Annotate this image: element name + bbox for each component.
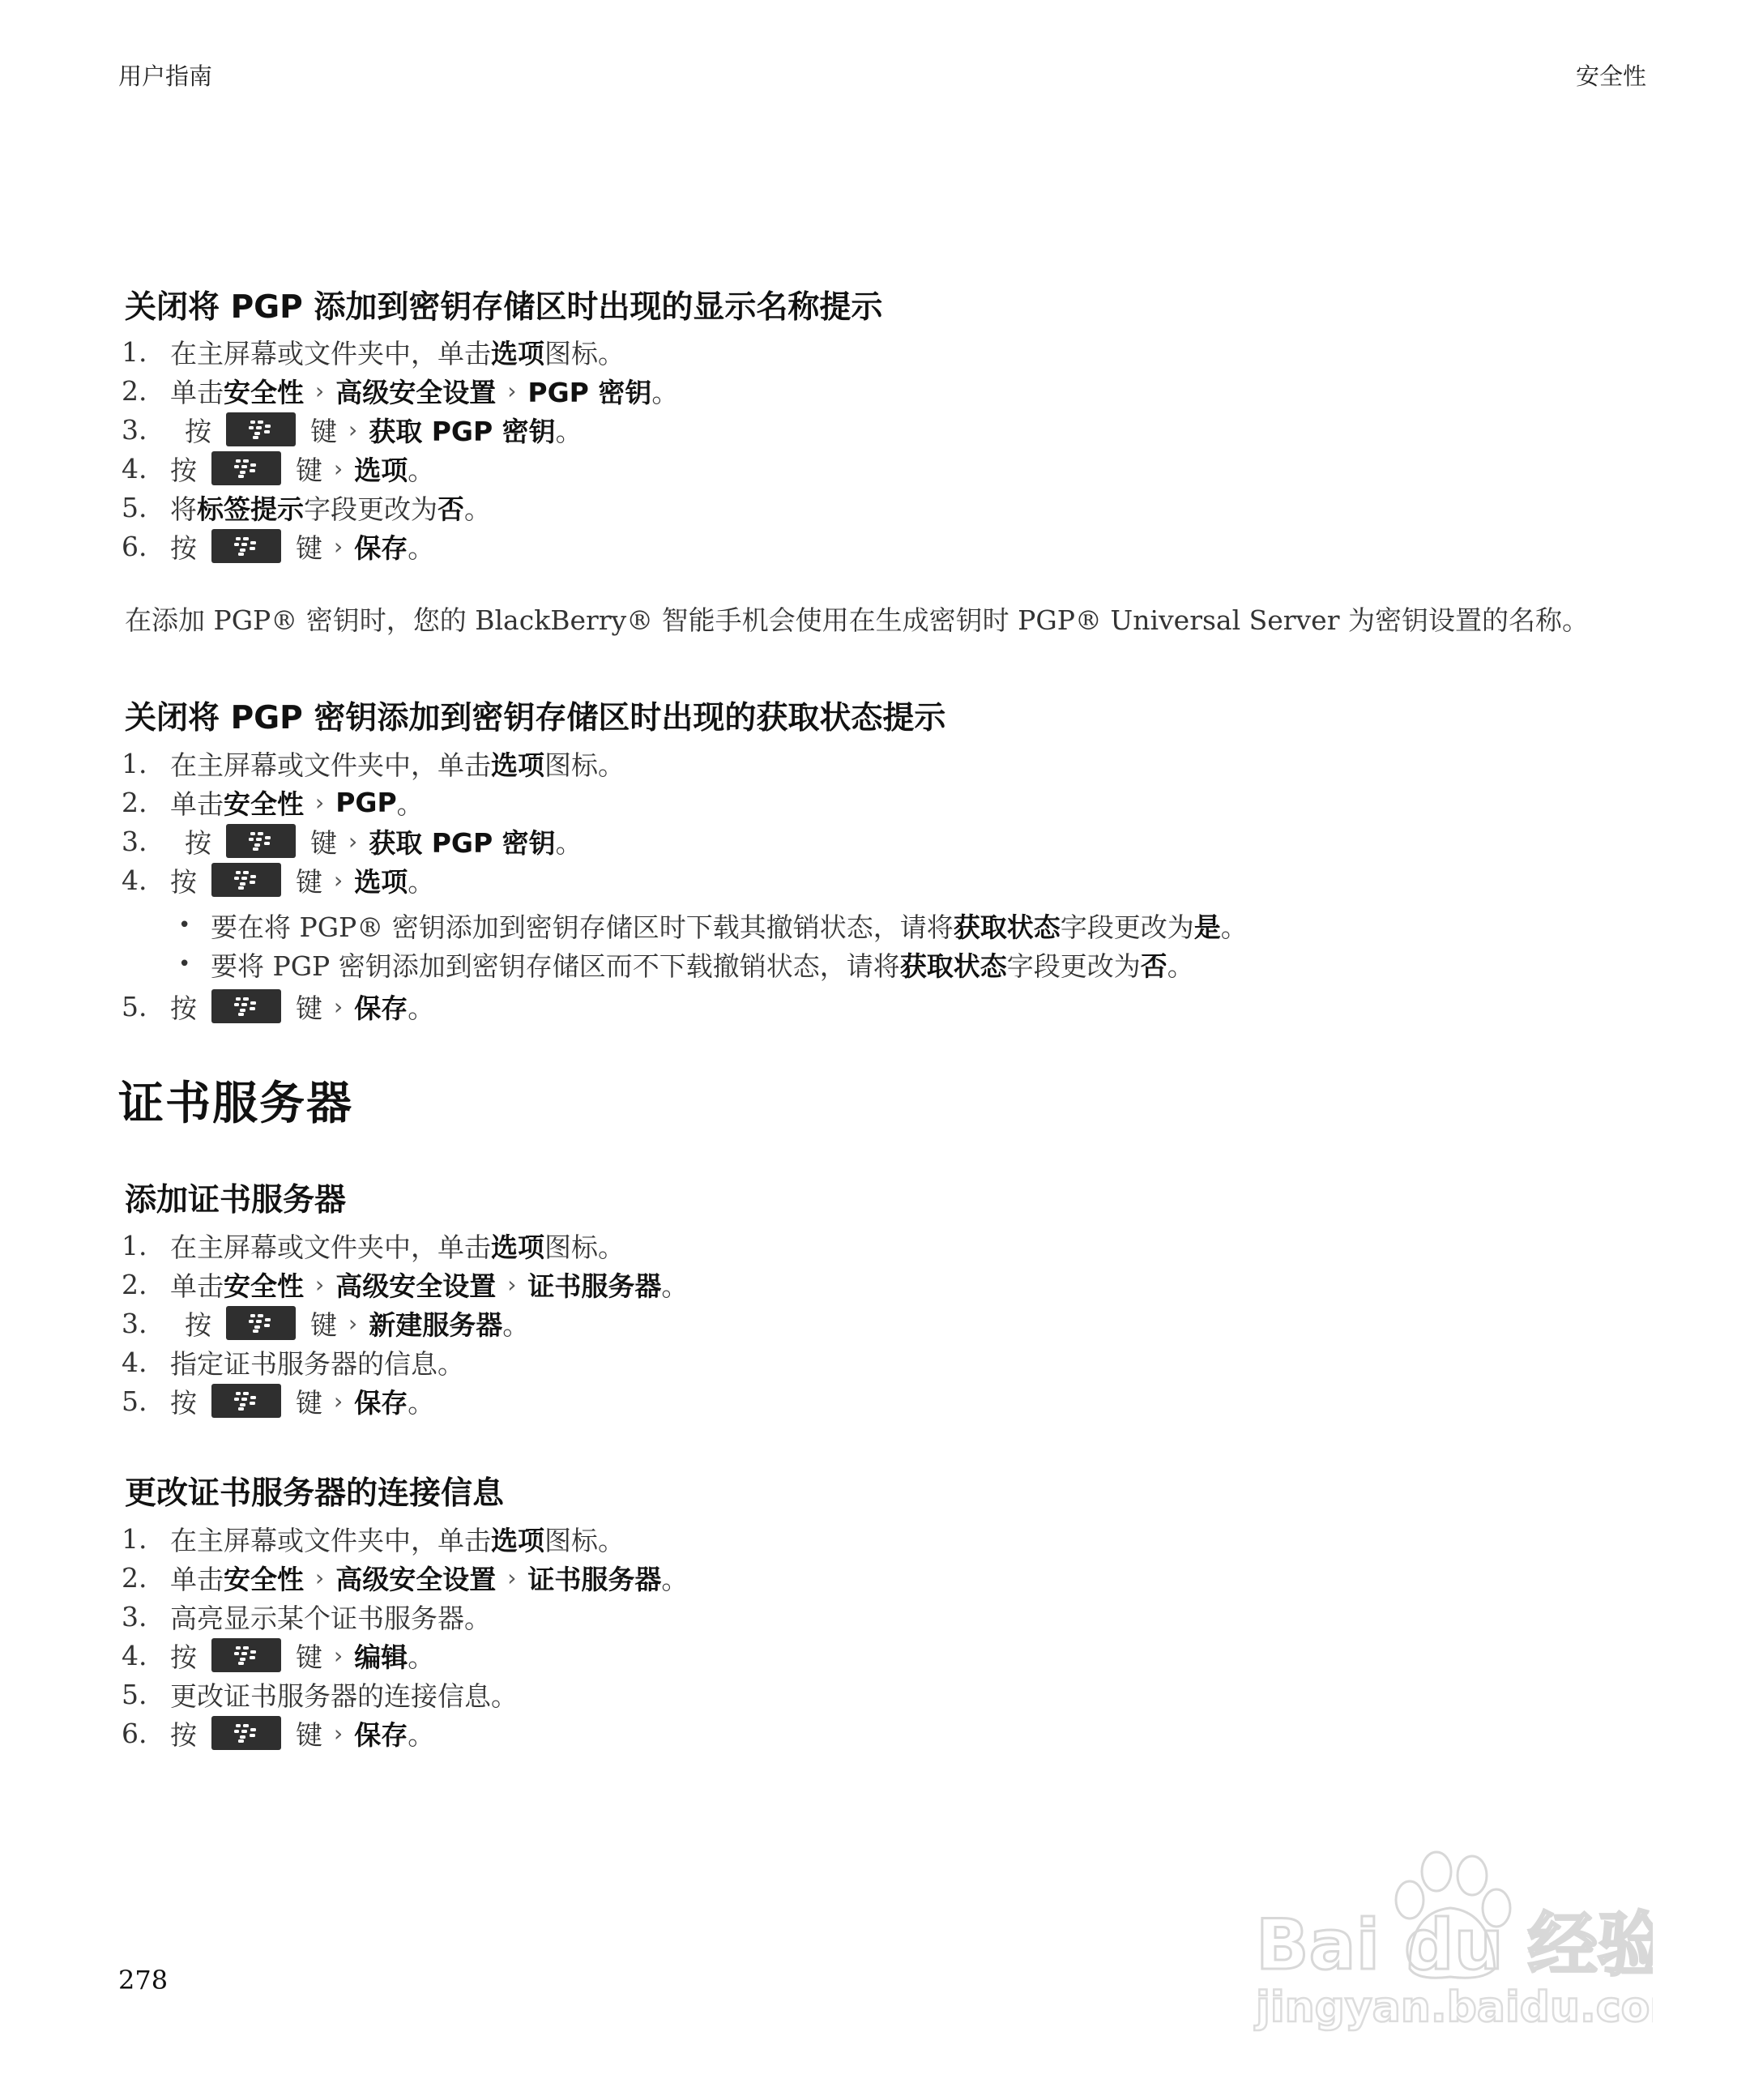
chevron-right-icon: › [315,1564,324,1591]
step-text-fragment: 在主屏幕或文件夹中，单击 [170,1227,491,1265]
step-text: 指定证书服务器的信息。 [170,1343,464,1381]
step-item: 3.按键›新建服务器。 [122,1304,688,1342]
step-item: 6.按键›保存。 [122,527,678,566]
ui-label: 选项 [491,1227,544,1265]
blackberry-menu-key-icon [211,863,281,897]
step-item: 1.在主屏幕或文件夹中，单击选项图标。 [122,1226,688,1265]
step-item: 5.更改证书服务器的连接信息。 [122,1675,688,1714]
step-number: 5. [122,1679,170,1710]
step-item: 6.按键›保存。 [122,1714,688,1752]
step-text: 按键›保存。 [170,988,434,1026]
step-text-fragment: 按 [185,822,211,860]
ui-label: 获取状态 [954,907,1061,945]
step-text: 按键›获取 PGP 密钥。 [170,411,583,449]
chevron-right-icon: › [348,1310,357,1337]
step-item: 3.高亮显示某个证书服务器。 [122,1597,688,1636]
step-text: 按键›获取 PGP 密钥。 [170,822,583,860]
chevron-right-icon: › [315,789,324,816]
step-text-fragment: 键 [310,822,337,860]
step-text: 将标签提示字段更改为否。 [170,489,491,527]
blackberry-menu-key-icon [226,824,296,858]
step-number: 3. [122,1601,170,1633]
menu-path-item: 安全性 [224,372,304,410]
chevron-right-icon: › [334,1642,343,1669]
step-text-fragment: 高亮显示某个证书服务器。 [170,1598,491,1636]
chevron-right-icon: › [348,416,357,443]
menu-path-item: 高级安全设置 [335,1266,496,1304]
step-text-fragment: 。 [408,1714,434,1752]
step-number: 6. [122,531,170,562]
page-number: 278 [118,1965,168,1995]
baidu-jingyan-watermark: Bai du 经验 jingyan.baidu.com [1248,1839,1653,2042]
step-text-fragment: 键 [296,1637,322,1675]
menu-path-item: 安全性 [224,1266,304,1304]
step-text-fragment: 图标。 [544,1227,625,1265]
steps-list: 5.按键›保存。 [122,987,434,1026]
chevron-right-icon: › [507,1271,516,1298]
step-number: 1. [122,1230,170,1261]
steps-list: 1.在主屏幕或文件夹中，单击选项图标。2.单击安全性›高级安全设置›PGP 密钥… [122,332,678,566]
section-title-display-name-prompt: 关闭将 PGP 添加到密钥存储区时出现的显示名称提示 [125,282,882,327]
menu-path-item: 证书服务器 [527,1266,661,1304]
step-item: 2.单击安全性›PGP。 [122,783,625,822]
step-item: 3.按键›获取 PGP 密钥。 [122,410,678,449]
chevron-right-icon: › [334,533,343,560]
step-text-fragment: 在主屏幕或文件夹中，单击 [170,1520,491,1558]
step-number: 1. [122,1523,170,1555]
step-text-fragment: 单击 [170,1266,224,1304]
bullet-text-fragment: 。 [1167,945,1194,984]
blackberry-menu-key-icon [211,1384,281,1418]
step-item: 4.指定证书服务器的信息。 [122,1342,688,1381]
blackberry-menu-key-icon [211,1716,281,1750]
chevron-right-icon: › [334,1720,343,1747]
bullet-item: •要在将 PGP® 密钥添加到密钥存储区时下载其撤销状态，请将获取状态字段更改为… [178,906,1248,945]
step-text-fragment: 。 [556,411,583,449]
chevron-right-icon: › [507,378,516,404]
step-number: 3. [122,826,170,857]
step-text-fragment: 。 [661,1266,688,1304]
menu-item-label: 保存 [354,988,408,1026]
chevron-right-icon: › [334,867,343,894]
step-text: 按键›选项。 [170,450,434,488]
chevron-right-icon: › [334,993,343,1020]
bullet-text-fragment: 要将 PGP 密钥添加到密钥存储区而不下载撤销状态，请将 [211,945,900,984]
bullet-text-fragment: 。 [1221,907,1248,945]
ui-label: 否 [1141,945,1167,984]
step-text: 在主屏幕或文件夹中，单击选项图标。 [170,1520,625,1558]
note-paragraph: 在添加 PGP® 密钥时，您的 BlackBerry® 智能手机会使用在生成密钥… [125,600,1589,638]
step-text-fragment: 单击 [170,372,224,410]
blackberry-menu-key-icon [211,1638,281,1672]
step-number: 2. [122,375,170,407]
step-text-fragment: 单击 [170,783,224,822]
step-text-fragment: 。 [397,783,424,822]
step-text-fragment: 按 [170,450,197,488]
ui-label: 是 [1194,907,1221,945]
menu-item-label: 编辑 [354,1637,408,1675]
step-text: 单击安全性›高级安全设置›PGP 密钥。 [170,372,678,410]
ui-label: 选项 [491,745,544,783]
step-number: 3. [122,414,170,446]
step-text-fragment: 按 [170,1714,197,1752]
step-text: 按键›编辑。 [170,1637,434,1675]
menu-path-item: 安全性 [224,783,304,822]
chevron-right-icon: › [507,1564,516,1591]
step-item: 5.按键›保存。 [122,1381,688,1420]
menu-path-item: PGP [335,787,396,818]
step-item: 1.在主屏幕或文件夹中，单击选项图标。 [122,1519,688,1558]
section-title-add-cert-server: 添加证书服务器 [125,1175,346,1220]
step-text-fragment: 。 [408,1382,434,1420]
menu-item-label: 新建服务器 [369,1304,502,1342]
step-text-fragment: 。 [556,822,583,860]
step-number: 5. [122,991,170,1022]
step-number: 2. [122,1562,170,1594]
menu-item-label: 选项 [354,861,408,899]
step-text: 在主屏幕或文件夹中，单击选项图标。 [170,745,625,783]
step-number: 2. [122,1269,170,1300]
bullet-item: •要将 PGP 密钥添加到密钥存储区而不下载撤销状态，请将获取状态字段更改为否。 [178,945,1248,984]
ui-label: 选项 [491,333,544,371]
menu-path-item: 高级安全设置 [335,372,496,410]
menu-item-label: 选项 [354,450,408,488]
step-text: 按键›保存。 [170,1382,434,1420]
blackberry-menu-key-icon [226,412,296,446]
step-text-fragment: 键 [296,861,322,899]
chevron-right-icon: › [334,1388,343,1415]
section-title-change-cert-server: 更改证书服务器的连接信息 [125,1468,504,1513]
steps-list: 1.在主屏幕或文件夹中，单击选项图标。2.单击安全性›PGP。3.按键›获取 P… [122,744,625,899]
step-number: 3. [122,1308,170,1339]
step-text-fragment: 单击 [170,1559,224,1597]
step-text-fragment: 按 [185,1304,211,1342]
step-text-fragment: 。 [408,527,434,566]
blackberry-menu-key-icon [226,1306,296,1340]
step-text-fragment: 键 [296,1714,322,1752]
step-text-fragment: 。 [502,1304,529,1342]
menu-path-item: 高级安全设置 [335,1559,496,1597]
step-text-fragment: 。 [661,1559,688,1597]
blackberry-menu-key-icon [211,989,281,1023]
step-item: 2.单击安全性›高级安全设置›证书服务器。 [122,1265,688,1304]
step-text: 更改证书服务器的连接信息。 [170,1675,518,1714]
step-text-fragment: 图标。 [544,1520,625,1558]
step-text-fragment: 键 [296,1382,322,1420]
menu-path-item: PGP 密钥 [527,372,651,410]
header-left: 用户指南 [118,58,212,92]
step-text-fragment: 按 [170,988,197,1026]
step-item: 1.在主屏幕或文件夹中，单击选项图标。 [122,744,625,783]
step-text: 按键›保存。 [170,527,434,566]
step-text: 按键›选项。 [170,861,434,899]
step-item: 3.按键›获取 PGP 密钥。 [122,822,625,860]
bullet-text-fragment: 要在将 PGP® 密钥添加到密钥存储区时下载其撤销状态，请将 [211,907,954,945]
step-item: 1.在主屏幕或文件夹中，单击选项图标。 [122,332,678,371]
step-item: 4.按键›编辑。 [122,1636,688,1675]
step-item: 4.按键›选项。 [122,449,678,488]
menu-item-label: 获取 PGP 密钥 [369,822,555,860]
section-title-fetch-status-prompt: 关闭将 PGP 密钥添加到密钥存储区时出现的获取状态提示 [125,693,945,738]
menu-item-label: 保存 [354,1714,408,1752]
step-text-fragment: 按 [185,411,211,449]
chapter-title: 证书服务器 [118,1068,353,1133]
step-number: 2. [122,787,170,818]
bullet-text-fragment: 字段更改为 [1061,907,1194,945]
bullet-icon: • [178,913,211,937]
steps-list: 1.在主屏幕或文件夹中，单击选项图标。2.单击安全性›高级安全设置›证书服务器。… [122,1226,688,1420]
step-text-fragment: 按 [170,1382,197,1420]
step-text-fragment: 键 [296,988,322,1026]
step-text: 单击安全性›PGP。 [170,783,424,822]
step-text-fragment: 键 [296,527,322,566]
svg-text:jingyan.baidu.com: jingyan.baidu.com [1254,1983,1653,2032]
menu-item-label: 保存 [354,1382,408,1420]
step-text-fragment: 图标。 [544,333,625,371]
bullet-text-fragment: 字段更改为 [1007,945,1141,984]
step-text-fragment: 。 [651,372,678,410]
step-item: 5.将标签提示字段更改为否。 [122,488,678,527]
step-number: 1. [122,748,170,779]
step-text-fragment: 键 [310,1304,337,1342]
ui-label: 标签提示 [197,489,304,527]
step-text-fragment: 在主屏幕或文件夹中，单击 [170,333,491,371]
svg-text:Bai du 经验: Bai du 经验 [1256,1905,1653,1986]
step-text: 在主屏幕或文件夹中，单击选项图标。 [170,1227,625,1265]
step-item: 2.单击安全性›高级安全设置›PGP 密钥。 [122,371,678,410]
step-item: 4.按键›选项。 [122,860,625,899]
step-text-fragment: 将 [170,489,197,527]
step-number: 1. [122,336,170,368]
step-item: 5.按键›保存。 [122,987,434,1026]
step-text-fragment: 。 [464,489,491,527]
step-number: 4. [122,1640,170,1671]
chevron-right-icon: › [348,828,357,855]
ui-label: 选项 [491,1520,544,1558]
step-text-fragment: 指定证书服务器的信息。 [170,1343,464,1381]
menu-item-label: 保存 [354,527,408,566]
step-text: 按键›保存。 [170,1714,434,1752]
step-item: 2.单击安全性›高级安全设置›证书服务器。 [122,1558,688,1597]
step-text-fragment: 更改证书服务器的连接信息。 [170,1675,518,1714]
step-text: 单击安全性›高级安全设置›证书服务器。 [170,1266,688,1304]
chevron-right-icon: › [315,1271,324,1298]
step-text-fragment: 。 [408,1637,434,1675]
step-text-fragment: 。 [408,861,434,899]
chevron-right-icon: › [315,378,324,404]
step-text-fragment: 按 [170,527,197,566]
menu-item-label: 获取 PGP 密钥 [369,411,555,449]
step-text-fragment: 。 [408,450,434,488]
step-text: 单击安全性›高级安全设置›证书服务器。 [170,1559,688,1597]
step-number: 4. [122,453,170,484]
header-right: 安全性 [1576,58,1646,92]
step-number: 4. [122,1347,170,1378]
chevron-right-icon: › [334,455,343,482]
step-text: 在主屏幕或文件夹中，单击选项图标。 [170,333,625,371]
step-text-fragment: 按 [170,861,197,899]
blackberry-menu-key-icon [211,529,281,563]
step-text-fragment: 图标。 [544,745,625,783]
ui-label: 否 [437,489,464,527]
bullet-list: •要在将 PGP® 密钥添加到密钥存储区时下载其撤销状态，请将获取状态字段更改为… [178,906,1248,984]
step-number: 6. [122,1718,170,1749]
step-text: 高亮显示某个证书服务器。 [170,1598,491,1636]
step-number: 4. [122,864,170,896]
step-text-fragment: 按 [170,1637,197,1675]
step-number: 5. [122,492,170,523]
step-number: 5. [122,1385,170,1417]
step-text-fragment: 在主屏幕或文件夹中，单击 [170,745,491,783]
steps-list: 1.在主屏幕或文件夹中，单击选项图标。2.单击安全性›高级安全设置›证书服务器。… [122,1519,688,1752]
step-text-fragment: 键 [296,450,322,488]
step-text-fragment: 键 [310,411,337,449]
step-text-fragment: 字段更改为 [304,489,437,527]
blackberry-menu-key-icon [211,451,281,485]
step-text: 按键›新建服务器。 [170,1304,529,1342]
step-text-fragment: 。 [408,988,434,1026]
bullet-icon: • [178,952,211,976]
ui-label: 获取状态 [900,945,1007,984]
menu-path-item: 证书服务器 [527,1559,661,1597]
menu-path-item: 安全性 [224,1559,304,1597]
